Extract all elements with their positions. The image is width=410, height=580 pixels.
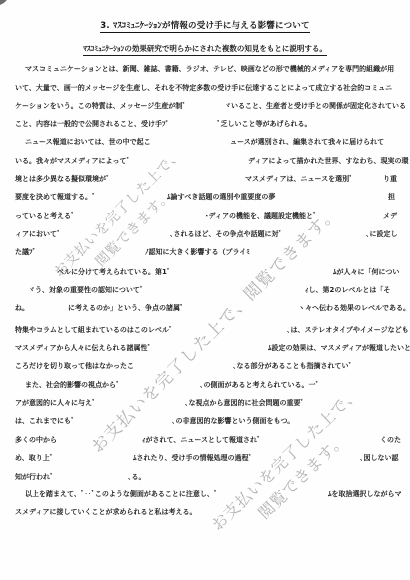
- text-fragment-line-9: メデ: [383, 211, 397, 221]
- text-fragment-line-9: っていると考えるﾞ: [15, 211, 75, 221]
- text-fragment-line-8: ﾑ論すべき話題の選別や重要度の夢: [167, 192, 275, 202]
- text-fragment-line-6: いる。我々がマスメディアによってﾞ: [15, 156, 130, 166]
- text-fragment-line-23: ､る。: [128, 472, 146, 482]
- text-fragment-line-13: ヾう、対象の重要性の認知についてﾞ: [28, 285, 143, 295]
- text-fragment-line-13: ｨし、第2のレベルとは「そ: [305, 285, 390, 295]
- text-fragment-line-11: た議ﾌﾞ: [15, 247, 36, 257]
- text-fragment-line-17: ころだけを切り取って他はなかったこ: [15, 361, 134, 371]
- text-fragment-line-7: り重: [383, 174, 397, 184]
- text-fragment-line-22: ﾑされたり、受け手の情報処理の過程ﾞ: [133, 453, 252, 463]
- text-fragment-line-4: ﾞ乏しいこと等があげられる。: [217, 119, 312, 129]
- text-fragment-line-3: ケーションをいう。この特質は、メッセージ生産が制ﾞ: [15, 101, 186, 111]
- text-fragment-line-14: に考えるのか」という、争点の諸属ﾞ: [68, 303, 184, 313]
- text-fragment-line-7: マスメディアは、ニュースを選別ﾞ: [245, 174, 353, 184]
- text-fragment-line-18: また、社会的影響の視点からﾞ: [25, 380, 120, 390]
- text-fragment-line-21: くのた: [380, 435, 401, 445]
- text-fragment-line-22: ､図しない認: [360, 453, 399, 463]
- text-fragment-line-21: ｨがされて、ニュースとして報道されﾞ: [142, 435, 261, 445]
- text-fragment-line-3: ヾいること、生産者と受け手との関係が固定化されている: [224, 101, 406, 111]
- document-body: マスコミュニケーションとは、新聞、雑誌、書籍、ラジオ、テレビ、映画などの形で機械…: [0, 0, 410, 580]
- text-fragment-line-12: ﾑが人々に「何につい: [333, 267, 399, 277]
- text-fragment-line-15: ､は、ステレオタイプやイメージなども: [287, 325, 409, 335]
- text-fragment-line-19: アが意図的に人々に与えﾞ: [15, 398, 96, 408]
- text-fragment-line-19: ､な視点から意図的に社会問題の重要ﾞ: [185, 398, 304, 408]
- text-fragment-line-20: ､の非意図的な影響という側面をもつ。: [172, 416, 294, 426]
- text-fragment-line-20: は、これまでにもﾞ: [15, 416, 75, 426]
- text-fragment-line-8: 要度を決めて報道する。ﾞ: [15, 192, 96, 202]
- text-fragment-line-22: め、取り上ﾞ: [15, 453, 53, 463]
- text-fragment-line-25: スメディアに接していくことが求められると私は考える。: [15, 507, 196, 517]
- text-fragment-line-17: ､なる部分があることも指摘されていﾞ: [233, 361, 352, 371]
- text-fragment-line-18: ､の側面があると考えられている。一ﾞ: [200, 380, 319, 390]
- text-fragment-line-15: 特集やコラムとして組まれているのはこのレベルﾞ: [15, 325, 172, 335]
- text-fragment-line-1: マスコミュニケーションとは、新聞、雑誌、書籍、ラジオ、テレビ、映画などの形で機械…: [25, 64, 394, 74]
- text-fragment-line-24: ﾑを取捨選択しながらマ: [328, 489, 402, 499]
- text-fragment-line-14: ね。: [15, 303, 29, 313]
- text-fragment-line-16: マスメディアから人々に伝えられる諸属性ﾞ: [15, 343, 151, 353]
- text-fragment-line-6: ディアによって描かれた世界、すなわち、現実の環: [248, 156, 408, 166]
- text-fragment-line-23: 知が行われﾞ: [15, 472, 54, 482]
- text-fragment-line-10: ィアにおいてﾞ: [15, 229, 61, 239]
- text-fragment-line-16: ﾑ設定の効果は、マスメディアが報道したいと: [268, 343, 410, 353]
- text-fragment-line-21: 多くの中から: [15, 435, 57, 445]
- text-fragment-line-7: 境とは多少異なる擬似環境がﾞ: [15, 174, 110, 184]
- text-fragment-line-9: ･ディアの機能を、議題設定機能とﾞ: [205, 211, 316, 221]
- text-fragment-line-4: こと、内容は一般的で公開されること、受け手ﾌﾟ: [15, 119, 169, 129]
- text-fragment-line-8: 担: [388, 192, 395, 202]
- text-fragment-line-5: ニュース報道においては、世の中で起こ: [25, 137, 151, 147]
- text-fragment-line-10: ､されるほど、その争点や話題に対ﾞ: [170, 229, 282, 239]
- text-fragment-line-12: ベルに分けて考えられている。第1ﾞ: [57, 267, 170, 277]
- text-fragment-line-14: ヽ々へ伝わる効果のレベルである。: [298, 303, 410, 313]
- text-fragment-line-10: ､に設定し: [366, 229, 398, 239]
- text-fragment-line-24: 以上を踏まえて、ﾞ‥ﾞこのような側面があることに注意し、ﾞ: [25, 489, 217, 499]
- text-fragment-line-5: ュースが選別され、編集されて我々に届けられて: [230, 137, 384, 147]
- text-fragment-line-11: ﾉ認知に大きく影響する（プライﾐ: [145, 247, 250, 257]
- document-page: お支払いを完了した上で、閲覧できます。お支払いを完了した上で、閲覧できます。お支…: [0, 0, 410, 580]
- text-fragment-line-2: いて、大量で、画一的メッセージを生産し、それを不特定多数の受け手に伝達することに…: [15, 83, 392, 93]
